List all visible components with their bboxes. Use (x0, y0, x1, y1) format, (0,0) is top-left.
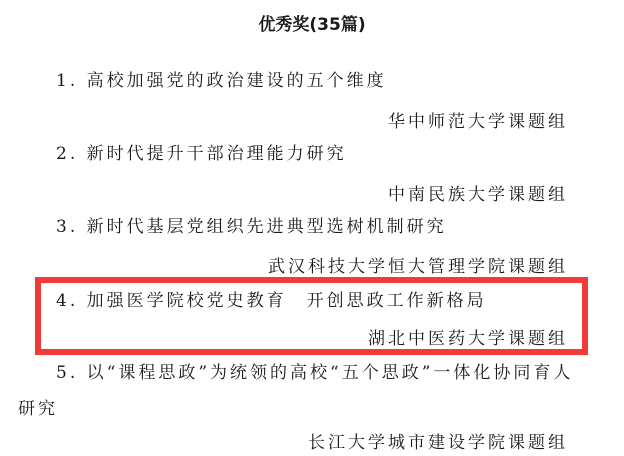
entry-1-title: 1. 高校加强党的政治建设的五个维度 (56, 66, 387, 91)
entry-2-title: 2. 新时代提升干部治理能力研究 (56, 139, 347, 164)
entry-1-organization: 华中师范大学课题组 (388, 107, 568, 132)
entry-3-title: 3. 新时代基层党组织先进典型选树机制研究 (56, 212, 447, 237)
entry-5-organization: 长江大学城市建设学院课题组 (308, 428, 568, 453)
entry-2-organization: 中南民族大学课题组 (388, 180, 568, 205)
entry-3-organization: 武汉科技大学恒大管理学院课题组 (268, 252, 568, 277)
entry-5-title: 5. 以“课程思政”为统领的高校“五个思政”一体化协同育人 (56, 358, 573, 383)
section-heading: 优秀奖(35篇) (0, 10, 624, 35)
entry-4-organization: 湖北中医药大学课题组 (368, 324, 568, 349)
entry-4-title: 4. 加强医学院校党史教育 开创思政工作新格局 (56, 286, 487, 311)
entry-5-title-continuation: 研究 (18, 394, 58, 419)
